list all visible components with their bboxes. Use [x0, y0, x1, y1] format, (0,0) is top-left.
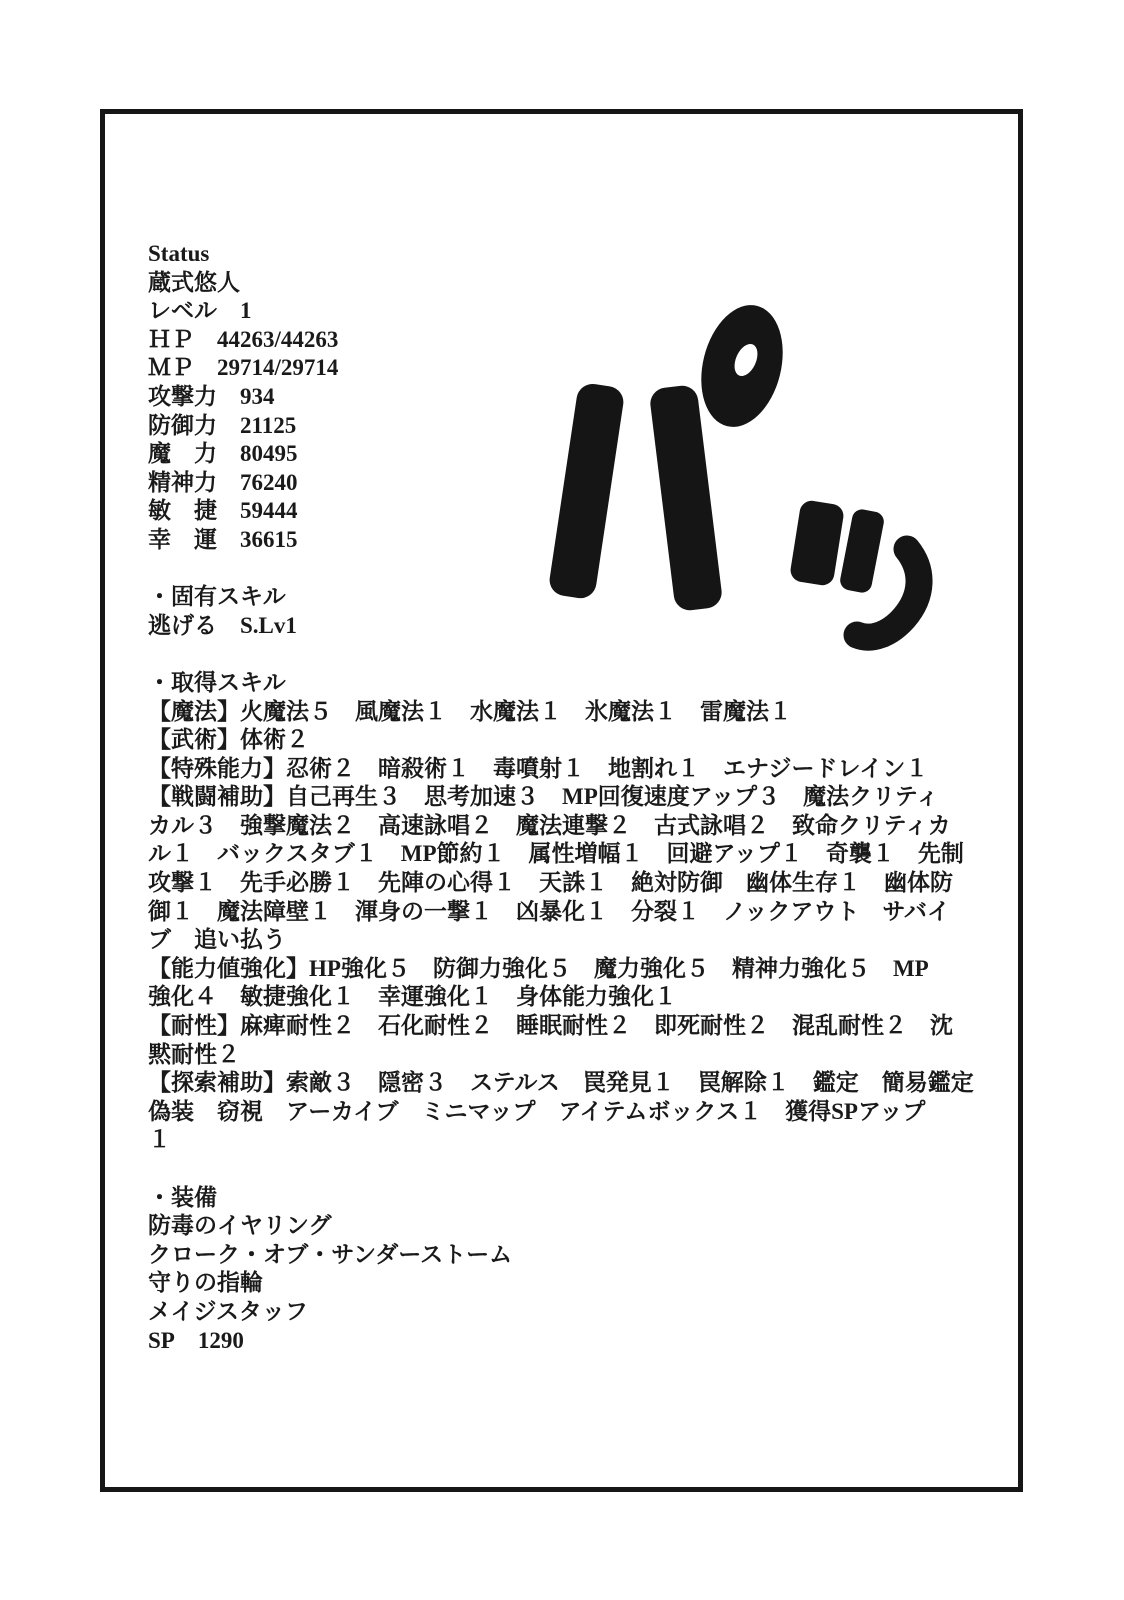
- skill-line: 黙耐性２: [148, 1041, 1003, 1070]
- equipment-header: ・装備: [148, 1184, 1003, 1213]
- status-title: Status: [148, 240, 1003, 269]
- stat-label: 攻撃力: [148, 383, 217, 412]
- sfx-pa-right-stroke-icon: [649, 384, 724, 612]
- stat-label: ＨＰ: [148, 326, 194, 355]
- skill-line: 御１ 魔法障壁１ 渾身の一撃１ 凶暴化１ 分裂１ ノックアウト サバイ: [148, 898, 1003, 927]
- skill-line: 強化４ 敏捷強化１ 幸運強化１ 身体能力強化１: [148, 983, 1003, 1012]
- stat-value: 36615: [240, 526, 298, 555]
- sfx-tsu-stroke2-icon: [838, 508, 885, 595]
- skill-line: カル３ 強撃魔法２ 高速詠唱２ 魔法連撃２ 古式詠唱２ 致命クリティカ: [148, 812, 1003, 841]
- stat-label: レベル: [148, 297, 217, 326]
- stat-label: 幸 運: [148, 526, 217, 555]
- skill-line: 【能力値強化】HP強化５ 防御力強化５ 魔力強化５ 精神力強化５ MP: [148, 955, 1003, 984]
- sfx-pa-left-stroke-icon: [547, 382, 625, 601]
- stat-value: 29714/29714: [217, 354, 338, 383]
- stat-label: ＭＰ: [148, 354, 194, 383]
- skill-line: 【耐性】麻痺耐性２ 石化耐性２ 睡眠耐性２ 即死耐性２ 混乱耐性２ 沈: [148, 1012, 1003, 1041]
- sp-row: SP 1290: [148, 1327, 1003, 1356]
- manga-page: { "page": { "bg_color": "#ffffff", "ink_…: [0, 0, 1124, 1600]
- skill-line: 【武術】体術２: [148, 726, 1003, 755]
- stat-value: 21125: [240, 412, 296, 441]
- sp-value: 1290: [198, 1327, 244, 1356]
- sfx-pa-drawing: [545, 295, 940, 655]
- skill-line: 【特殊能力】忍術２ 暗殺術１ 毒噴射１ 地割れ１ エナジードレイン１: [148, 755, 1003, 784]
- skill-line: 【探索補助】索敵３ 隠密３ ステルス 罠発見１ 罠解除１ 鑑定 簡易鑑定: [148, 1069, 1003, 1098]
- skill-line: 【魔法】火魔法５ 風魔法１ 水魔法１ 氷魔法１ 雷魔法１: [148, 698, 1003, 727]
- equipment-item: メイジスタッフ: [148, 1298, 1003, 1327]
- skill-line: １: [148, 1126, 1003, 1155]
- stat-value: 76240: [240, 469, 298, 498]
- stat-label: 精神力: [148, 469, 217, 498]
- acquired-skills-section: ・取得スキル 【魔法】火魔法５ 風魔法１ 水魔法１ 氷魔法１ 雷魔法１ 【武術】…: [148, 669, 1003, 1155]
- skill-line: ブ 追い払う: [148, 926, 1003, 955]
- skill-line: 【戦闘補助】自己再生３ 思考加速３ MP回復速度アップ３ 魔法クリティ: [148, 783, 1003, 812]
- equipment-item: クローク・オブ・サンダーストーム: [148, 1241, 1003, 1270]
- skill-line: 攻撃１ 先手必勝１ 先陣の心得１ 天誅１ 絶対防御 幽体生存１ 幽体防: [148, 869, 1003, 898]
- equipment-item: 守りの指輪: [148, 1269, 1003, 1298]
- skill-line: 偽装 窃視 アーカイブ ミニマップ アイテムボックス１ 獲得SPアップ: [148, 1098, 1003, 1127]
- skill-line: ル１ バックスタブ１ MP節約１ 属性増幅１ 回避アップ１ 奇襲１ 先制: [148, 840, 1003, 869]
- acquired-skills-header: ・取得スキル: [148, 669, 1003, 698]
- character-name: 蔵式悠人: [148, 269, 1003, 298]
- stat-value: 1: [240, 297, 252, 326]
- stat-value: 44263/44263: [217, 326, 338, 355]
- stat-value: 80495: [240, 440, 298, 469]
- sp-label: SP: [148, 1327, 175, 1356]
- stat-label: 敏 捷: [148, 497, 217, 526]
- sfx-tsu-stroke1-icon: [789, 499, 845, 587]
- stat-label: 魔 力: [148, 440, 217, 469]
- stat-value: 59444: [240, 497, 298, 526]
- stat-value: 934: [240, 383, 275, 412]
- equipment-item: 防毒のイヤリング: [148, 1212, 1003, 1241]
- stat-label: 防御力: [148, 412, 217, 441]
- equipment-section: ・装備 防毒のイヤリング クローク・オブ・サンダーストーム 守りの指輪 メイジス…: [148, 1184, 1003, 1356]
